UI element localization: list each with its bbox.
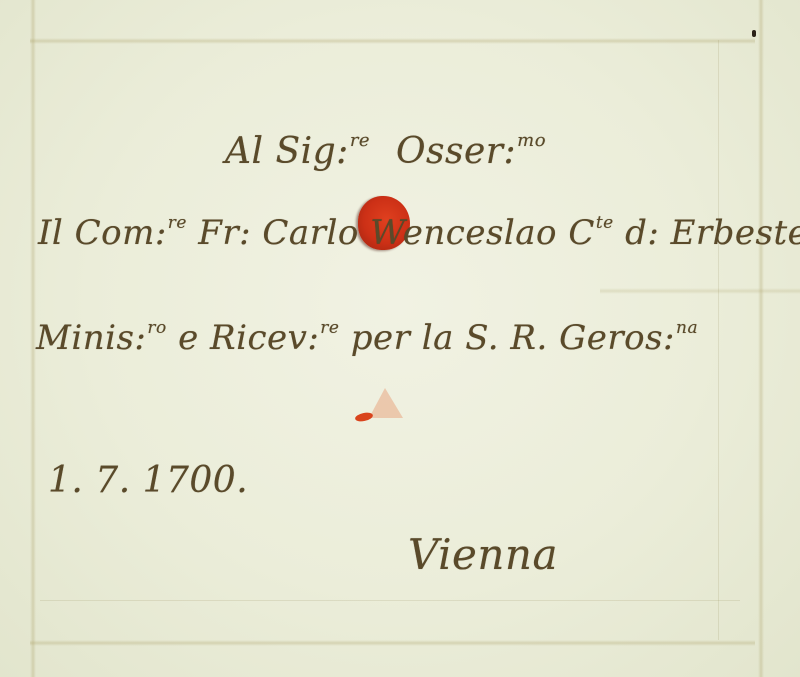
letter-paper: Al Sig:re Osser:mo Il Com:re Fr: Carlo W… — [0, 0, 800, 677]
fold-line-top — [30, 38, 755, 44]
surname-text: d: Erbestein — [625, 213, 800, 253]
office-text-2: e Ricev: — [178, 318, 319, 358]
superscript: ro — [147, 318, 166, 338]
ink-speck — [752, 30, 756, 37]
date-text: 1. 7. 1700. — [48, 460, 248, 501]
place-text: Vienna — [408, 530, 558, 579]
address-line-2: Il Com:re Fr: Carlo Wenceslao Cte d: Erb… — [38, 213, 800, 253]
superscript: te — [596, 213, 614, 233]
address-line-1: Al Sig:re Osser:mo — [225, 130, 546, 172]
salutation-text: Al Sig: — [225, 131, 349, 172]
superscript: na — [676, 318, 698, 338]
fold-line-right — [758, 0, 764, 677]
wax-stain — [369, 388, 403, 418]
crease-lower — [40, 600, 740, 601]
wax-drop — [354, 411, 373, 423]
superscript: mo — [517, 130, 546, 151]
address-line-3: Minis:ro e Ricev:re per la S. R. Geros:n… — [36, 318, 698, 358]
superscript: re — [320, 318, 339, 338]
superscript: re — [350, 130, 370, 151]
office-text: Minis: — [36, 318, 146, 358]
name-text: Fr: Carlo Wenceslao C — [198, 213, 595, 253]
rank-text: Il Com: — [38, 213, 167, 253]
seal-trace — [355, 388, 411, 424]
order-text: per la S. R. Geros: — [351, 318, 675, 358]
fold-line-middle — [600, 288, 800, 294]
superscript: re — [168, 213, 187, 233]
crease-right-inner — [718, 40, 719, 640]
title-text: Osser: — [396, 131, 516, 172]
fold-line-bottom — [30, 640, 755, 646]
